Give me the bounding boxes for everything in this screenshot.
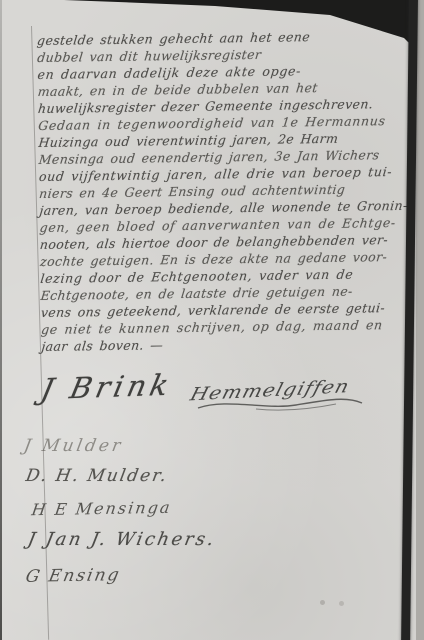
scanned-document-page: gestelde stukken gehecht aan het eene du… <box>0 0 424 640</box>
paper-spot <box>320 600 325 605</box>
act-text-block: gestelde stukken gehecht aan het eene du… <box>36 27 416 355</box>
scan-edge-left <box>0 0 2 640</box>
signature-flourish-underline <box>196 396 364 412</box>
signature-mensinga: H E Mensinga <box>30 498 172 519</box>
signature-wichers: J Jan J. Wichers. <box>26 529 218 550</box>
signature-brink: J Brink <box>38 368 176 407</box>
paper-spot <box>339 601 344 606</box>
signature-mulder-faint: J Mulder <box>22 436 125 456</box>
signature-mulder: D. H. Mulder. <box>24 466 169 486</box>
signature-ensing: G Ensing <box>24 565 123 587</box>
scan-edge-right-outer <box>416 0 424 640</box>
